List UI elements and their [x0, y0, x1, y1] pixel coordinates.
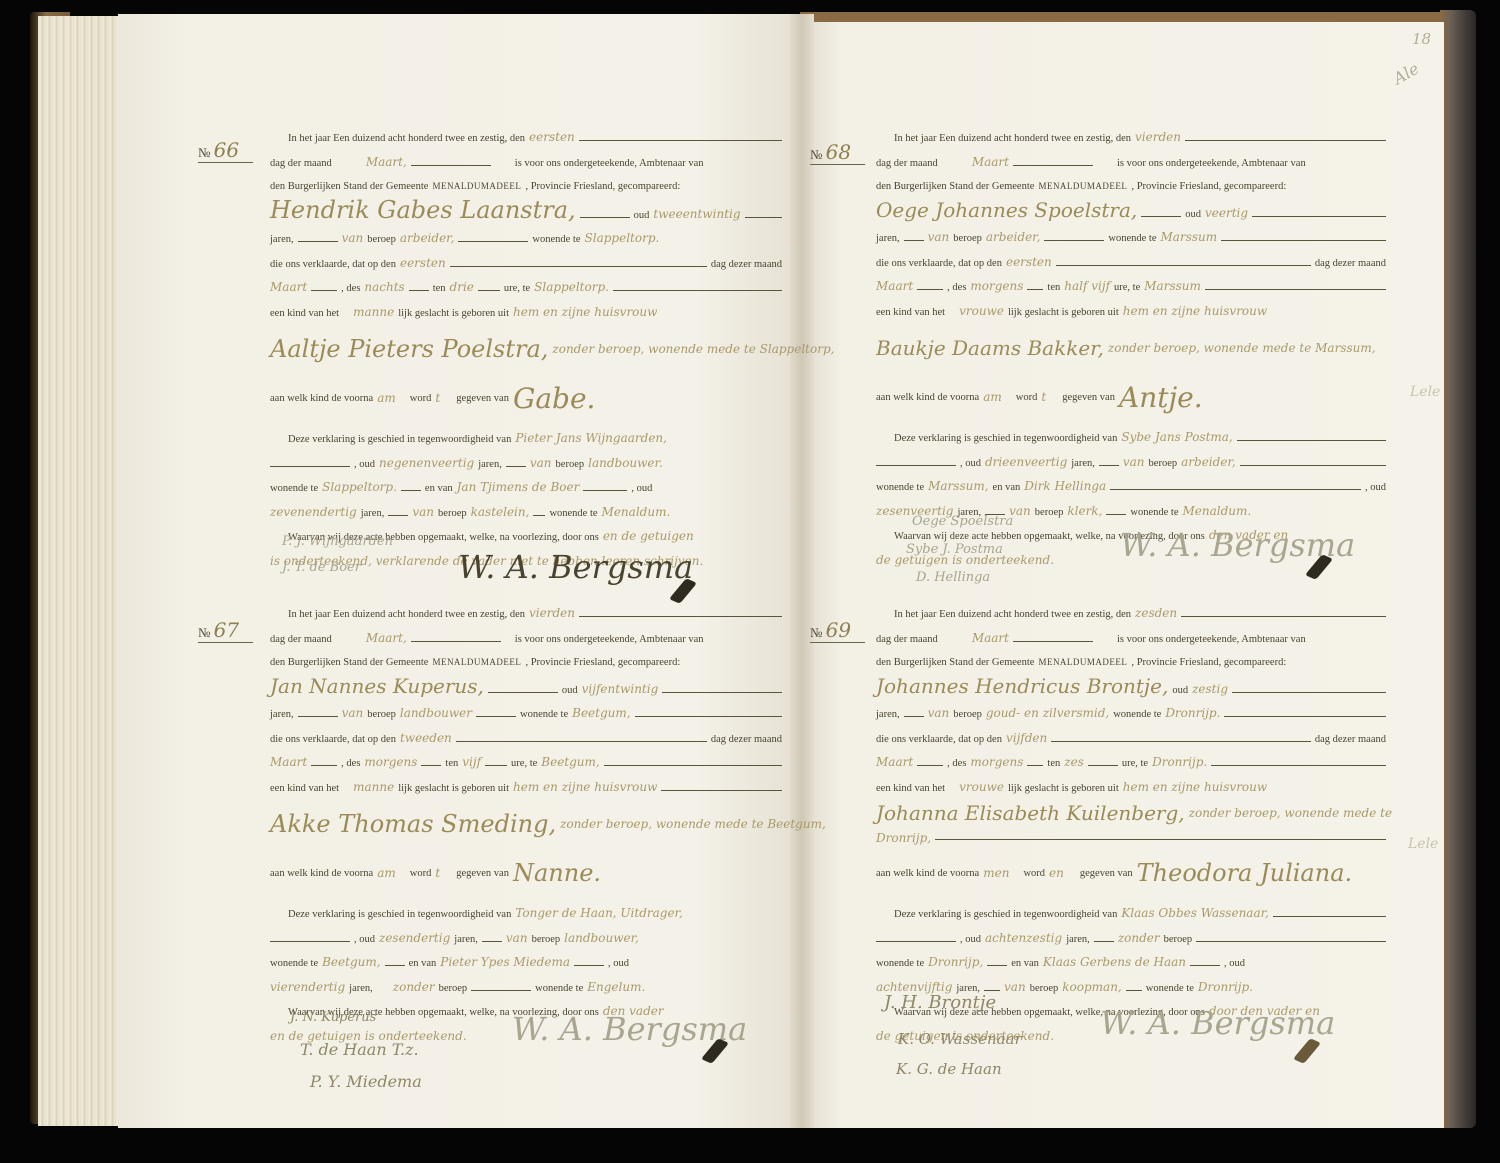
fill-line — [1110, 489, 1361, 490]
printed-text: wonende te — [1146, 977, 1194, 1001]
fill-line — [1205, 289, 1386, 290]
fill-line — [1232, 692, 1386, 693]
official-signature: W. A. Bergsma — [458, 548, 693, 586]
printed-text: wonende te — [270, 477, 318, 501]
printed-text: , des — [341, 277, 360, 301]
printed-text: In het jaar Een duizend acht honderd twe… — [894, 603, 1131, 627]
text-line: dag der maandMaart,is voor ons ondergete… — [270, 151, 782, 176]
text-line: In het jaar Een duizend acht honderd twe… — [876, 602, 1386, 627]
handwritten-entry: Dronrijp. — [1152, 751, 1207, 775]
fill-line — [904, 240, 924, 241]
fill-line — [1237, 440, 1386, 441]
printed-text: dag dezer maand — [1315, 252, 1386, 276]
act-number-66: № 66 — [198, 138, 253, 163]
handwritten-entry: negenenveertig — [379, 452, 474, 476]
printed-text: , Provincie Friesland, gecompareerd: — [1131, 175, 1286, 199]
text-line: den Burgerlijken Stand der GemeenteMENAL… — [876, 175, 1386, 199]
printed-text: , Provincie Friesland, gecompareerd: — [525, 175, 680, 199]
printed-text: ure, te — [1122, 752, 1148, 776]
handwritten-entry: Sybe Jans Postma, — [1121, 426, 1232, 450]
printed-text: lijk geslacht is geboren uit — [398, 302, 509, 326]
handwritten-entry: hem en zijne huisvrouw — [513, 301, 657, 325]
declarant-name: Johannes Hendricus Brontje, — [876, 675, 1168, 699]
printed-text: dag der maand — [876, 152, 938, 176]
fill-line — [987, 965, 1007, 966]
printed-text: en van — [409, 952, 437, 976]
handwritten-entry: Marssum, — [928, 475, 988, 499]
text-line: Oege Johannes Spoelstra,oudveertig — [876, 199, 1386, 227]
fill-line — [421, 765, 441, 766]
printed-text: beroep — [1164, 928, 1193, 952]
printed-text: , oud — [354, 453, 375, 477]
handwritten-entry: half vijf — [1064, 275, 1110, 299]
witness-signature: J. H. Brontje — [884, 992, 996, 1013]
handwritten-entry: zesden — [1135, 602, 1177, 626]
fill-line — [270, 941, 350, 942]
handwritten-entry: goud- en zilversmid, — [986, 702, 1109, 726]
fill-line — [613, 290, 782, 291]
fill-line — [604, 765, 782, 766]
handwritten-entry: van — [928, 226, 950, 250]
printed-text: jaren, — [876, 227, 900, 251]
act-number-69: № 69 — [810, 618, 865, 643]
text-line: wonende teBeetgum,en vanPieter Ypes Mied… — [270, 951, 782, 976]
printed-text: ten — [1047, 752, 1060, 776]
handwritten-entry: Maart — [972, 151, 1009, 175]
printed-text: beroep — [953, 227, 982, 251]
printed-text: is voor ons ondergeteekende, Ambtenaar v… — [1117, 152, 1306, 176]
printed-text: jaren, — [349, 977, 373, 1001]
text-line: Maart, desmorgenstenzesure, teDronrijp. — [876, 751, 1386, 776]
text-line: die ons verklaarde, dat op denvijfdendag… — [876, 727, 1386, 752]
fill-line — [476, 716, 516, 717]
handwritten-entry: arbeider, — [400, 227, 455, 251]
handwritten-entry: veertig — [1205, 202, 1248, 226]
printed-text: beroep — [439, 977, 468, 1001]
fill-line — [1027, 289, 1043, 290]
printed-text: gegeven van — [456, 387, 509, 411]
printed-text: ure, te — [504, 277, 530, 301]
fill-line — [401, 490, 421, 491]
printed-text: , des — [947, 276, 966, 300]
handwritten-entry: zonder — [1118, 927, 1160, 951]
printed-text: ure, te — [1114, 276, 1140, 300]
margin-note-68: Lele — [1410, 384, 1440, 400]
printed-text: Deze verklaring is geschied in tegenwoor… — [894, 427, 1117, 451]
fill-line — [458, 241, 528, 242]
handwritten-entry: am — [983, 386, 1002, 410]
fill-line — [311, 765, 337, 766]
fill-line — [298, 716, 338, 717]
printed-text: aan welk kind de voorna — [876, 862, 979, 886]
text-line: dag der maandMaartis voor ons ondergetee… — [876, 151, 1386, 176]
handwritten-entry: vierendertig — [270, 976, 345, 1000]
printed-text: ten — [433, 277, 446, 301]
handwritten-entry: klerk, — [1067, 500, 1102, 524]
handwritten-entry: t — [435, 862, 440, 886]
printed-text: jaren, — [1066, 928, 1090, 952]
text-line: Deze verklaring is geschied in tegenwoor… — [270, 427, 782, 452]
declarant-name: Oege Johannes Spoelstra, — [876, 199, 1137, 223]
text-line: jaren,vanberoeparbeider,wonende teSlappe… — [270, 227, 782, 252]
printed-text: beroep — [1149, 452, 1178, 476]
fill-line — [1013, 165, 1093, 166]
handwritten-entry: landbouwer. — [588, 452, 663, 476]
handwritten-entry: en de getuigen — [603, 525, 694, 549]
fill-line — [1224, 716, 1386, 717]
text-line: Dronrijp, — [876, 828, 1386, 850]
handwritten-entry: Jan Tjimens de Boer — [457, 476, 580, 500]
handwritten-entry: Klaas Gerbens de Haan — [1043, 951, 1186, 975]
printed-text: dag dezer maand — [1315, 728, 1386, 752]
printed-text: Deze verklaring is geschied in tegenwoor… — [288, 903, 511, 927]
handwritten-entry: Beetgum, — [572, 702, 630, 726]
handwritten-entry: manne — [353, 301, 394, 325]
fill-line — [1013, 641, 1093, 642]
printed-text: beroep — [438, 502, 467, 526]
printed-text: , oud — [608, 952, 629, 976]
fill-line — [409, 290, 429, 291]
handwritten-entry: van — [1004, 976, 1026, 1000]
fill-line — [1211, 765, 1386, 766]
fill-line — [1094, 941, 1114, 942]
fill-line — [984, 990, 1000, 991]
handwritten-entry: Klaas Obbes Wassenaar, — [1121, 902, 1269, 926]
text-line: Deze verklaring is geschied in tegenwoor… — [270, 902, 782, 927]
text-line: Maart, desmorgenstenvijfure, teBeetgum, — [270, 751, 782, 776]
handwritten-entry: zesendertig — [379, 927, 450, 951]
printed-text: wonende te — [1130, 501, 1178, 525]
printed-text: In het jaar Een duizend acht honderd twe… — [288, 127, 525, 151]
fill-line — [482, 941, 502, 942]
text-line: aan welk kind de voornaamwordtgegeven va… — [270, 375, 782, 423]
handwritten-entry: achtenzestig — [985, 927, 1062, 951]
text-line: Maart, desmorgenstenhalf vijfure, teMars… — [876, 275, 1386, 300]
fill-line — [574, 965, 604, 966]
text-line: een kind van hetmannelijk geslacht is ge… — [270, 301, 782, 326]
text-line: den Burgerlijken Stand der GemeenteMENAL… — [876, 651, 1386, 675]
handwritten-entry: Maart — [270, 751, 307, 775]
handwritten-entry: hem en zijne huisvrouw — [1123, 776, 1267, 800]
printed-text: jaren, — [270, 228, 294, 252]
handwritten-entry: Maart — [876, 751, 913, 775]
handwritten-entry: tweeden — [400, 727, 452, 751]
handwritten-entry: Slappeltorp. — [322, 476, 397, 500]
printed-text: den Burgerlijken Stand der Gemeente — [876, 651, 1034, 675]
text-line: Deze verklaring is geschied in tegenwoor… — [876, 426, 1386, 451]
handwritten-entry: van — [1123, 451, 1145, 475]
fill-line — [1106, 514, 1126, 515]
fill-line — [411, 641, 501, 642]
handwritten-entry: van — [342, 702, 364, 726]
fill-line — [1051, 741, 1311, 742]
text-line: Deze verklaring is geschied in tegenwoor… — [876, 902, 1386, 927]
printed-text: ten — [445, 752, 458, 776]
handwritten-entry: hem en zijne huisvrouw — [513, 776, 657, 800]
printed-text: lijk geslacht is geboren uit — [1008, 301, 1119, 325]
printed-text: wonende te — [270, 952, 318, 976]
printed-text: den Burgerlijken Stand der Gemeente — [270, 651, 428, 675]
fill-line — [270, 466, 350, 467]
fill-line — [1056, 265, 1311, 266]
child-name: Theodora Juliana. — [1137, 862, 1352, 886]
fill-line — [1027, 765, 1043, 766]
page-stack-edges — [38, 16, 128, 1126]
printed-text: beroep — [367, 228, 396, 252]
witness-signature: T. de Haan T.z. — [300, 1040, 419, 1059]
fill-line — [661, 790, 782, 791]
handwritten-entry: Engelum. — [587, 976, 645, 1000]
handwritten-entry: kastelein, — [471, 501, 530, 525]
handwritten-entry: vrouwe — [959, 776, 1004, 800]
handwritten-entry: men — [983, 862, 1009, 886]
printed-text: en van — [993, 476, 1021, 500]
text-line: aan welk kind de voornamenwordengegeven … — [876, 850, 1386, 898]
witness-signature: Oege Spoelstra — [912, 514, 1013, 529]
mother-name: Aaltje Pieters Poelstra, — [270, 338, 548, 362]
printed-text: den Burgerlijken Stand der Gemeente — [270, 175, 428, 199]
fill-line — [1088, 765, 1118, 766]
text-line: In het jaar Een duizend acht honderd twe… — [270, 126, 782, 151]
printed-text: beroep — [953, 703, 982, 727]
printed-text: beroep — [367, 703, 396, 727]
printed-text: aan welk kind de voorna — [876, 386, 979, 410]
mother-name: Johanna Elisabeth Kuilenberg, — [876, 802, 1185, 826]
handwritten-entry: morgens — [970, 275, 1023, 299]
fill-line — [1126, 990, 1142, 991]
fill-line — [1240, 465, 1386, 466]
printed-text: dag der maand — [876, 628, 938, 652]
handwritten-entry: am — [377, 387, 396, 411]
handwritten-entry: Maart — [270, 276, 307, 300]
handwritten-entry: arbeider, — [1181, 451, 1236, 475]
handwritten-entry: Pieter Ypes Miedema — [440, 951, 570, 975]
fill-line — [904, 716, 924, 717]
text-line: een kind van hetvrouwelijk geslacht is g… — [876, 300, 1386, 325]
printed-text: die ons verklaarde, dat op den — [270, 728, 396, 752]
fill-line — [662, 692, 782, 693]
handwritten-entry: t — [435, 387, 440, 411]
printed-text: een kind van het — [270, 302, 339, 326]
printed-text: is voor ons ondergeteekende, Ambtenaar v… — [1117, 628, 1306, 652]
birth-act-69: In het jaar Een duizend acht honderd twe… — [876, 602, 1386, 1048]
printed-text: aan welk kind de voorna — [270, 862, 373, 886]
declarant-name: Hendrik Gabes Laanstra, — [270, 199, 576, 223]
handwritten-entry: Beetgum, — [541, 751, 599, 775]
official-signature: W. A. Bergsma — [1100, 1004, 1335, 1042]
printed-text: , oud — [1365, 476, 1386, 500]
printed-text: en van — [425, 477, 453, 501]
printed-text: MENALDUMADEEL — [1038, 651, 1127, 675]
handwritten-entry: manne — [353, 776, 394, 800]
handwritten-entry: hem en zijne huisvrouw — [1123, 300, 1267, 324]
handwritten-entry: Slappeltorp. — [585, 227, 660, 251]
fill-line — [1181, 616, 1386, 617]
text-line: , oudachtenzestigjaren,zonderberoep — [876, 927, 1386, 952]
printed-text: oud — [634, 204, 650, 228]
child-name: Nanne. — [513, 862, 601, 886]
printed-text: In het jaar Een duizend acht honderd twe… — [894, 127, 1131, 151]
printed-text: jaren, — [876, 703, 900, 727]
printed-text: oud — [562, 679, 578, 703]
printed-text: den Burgerlijken Stand der Gemeente — [876, 175, 1034, 199]
printed-text: en van — [1011, 952, 1039, 976]
text-line: wonende teMarssum,en vanDirk Hellinga, o… — [876, 475, 1386, 500]
handwritten-entry: koopman, — [1062, 976, 1121, 1000]
printed-text: jaren, — [454, 928, 478, 952]
book-gutter — [790, 14, 814, 1128]
printed-text: oud — [1185, 203, 1201, 227]
printed-text: ten — [1047, 276, 1060, 300]
printed-text: , oud — [1224, 952, 1245, 976]
official-signature: W. A. Bergsma — [512, 1010, 747, 1048]
handwritten-entry: vijf — [462, 751, 481, 775]
text-line: Johanna Elisabeth Kuilenberg,zonder bero… — [876, 800, 1386, 828]
handwritten-entry: Dirk Hellinga — [1024, 475, 1106, 499]
fill-line — [471, 990, 531, 991]
fill-line — [1196, 941, 1386, 942]
text-line: dag der maandMaart,is voor ons ondergete… — [270, 627, 782, 652]
handwritten-entry: van — [530, 452, 552, 476]
handwritten-entry: vrouwe — [959, 300, 1004, 324]
printed-text: beroep — [1030, 977, 1059, 1001]
text-line: die ons verklaarde, dat op dentweedendag… — [270, 727, 782, 752]
printed-text: een kind van het — [270, 777, 339, 801]
text-line: die ons verklaarde, dat op deneerstendag… — [270, 252, 782, 277]
fill-line — [579, 616, 782, 617]
printed-text: Deze verklaring is geschied in tegenwoor… — [894, 903, 1117, 927]
handwritten-entry: Dronrijp. — [1165, 702, 1220, 726]
handwritten-entry: drieenveertig — [985, 451, 1067, 475]
text-line: jaren,vanberoepgoud- en zilversmid,wonen… — [876, 702, 1386, 727]
text-line: , oudzesendertigjaren,vanberoeplandbouwe… — [270, 927, 782, 952]
fill-line — [298, 241, 338, 242]
handwritten-entry: eersten — [1006, 251, 1052, 275]
act-day: eersten — [529, 126, 575, 150]
handwritten-entry: vijfden — [1006, 727, 1047, 751]
printed-text: gegeven van — [456, 862, 509, 886]
handwritten-entry: zonder beroep, wonende mede te — [1189, 802, 1392, 826]
text-line: aan welk kind de voornaamwordtgegeven va… — [270, 850, 782, 898]
declarant-name: Jan Nannes Kuperus, — [270, 675, 484, 699]
printed-text: dag der maand — [270, 152, 332, 176]
handwritten-entry: zonder beroep, wonende mede te Slappelto… — [552, 338, 834, 362]
handwritten-entry: morgens — [364, 751, 417, 775]
fill-line — [385, 965, 405, 966]
fill-line — [1273, 916, 1386, 917]
printed-text: In het jaar Een duizend acht honderd twe… — [288, 603, 525, 627]
handwritten-entry: zes — [1064, 751, 1084, 775]
fill-line — [1252, 216, 1386, 217]
printed-text: is voor ons ondergeteekende, Ambtenaar v… — [515, 628, 704, 652]
handwritten-entry: zonder beroep, wonende mede te Beetgum, — [560, 813, 826, 837]
handwritten-entry: eersten — [400, 252, 446, 276]
handwritten-entry: van — [928, 702, 950, 726]
fill-line — [580, 217, 630, 218]
printed-text: wonende te — [1108, 227, 1156, 251]
text-line: wonende teSlappeltorp.en vanJan Tjimens … — [270, 476, 782, 501]
printed-text: lijk geslacht is geboren uit — [1008, 777, 1119, 801]
printed-text: wonende te — [535, 977, 583, 1001]
fill-line — [876, 465, 956, 466]
handwritten-entry: Dronrijp, — [876, 827, 931, 851]
printed-text: dag dezer maand — [711, 728, 782, 752]
fill-line — [917, 765, 943, 766]
fill-line — [1141, 216, 1181, 217]
birth-act-67: In het jaar Een duizend acht honderd twe… — [270, 602, 782, 1048]
printed-text: wonende te — [876, 952, 924, 976]
printed-text: MENALDUMADEEL — [1038, 175, 1127, 199]
text-line: In het jaar Een duizend acht honderd twe… — [876, 126, 1386, 151]
fill-line — [579, 140, 782, 141]
handwritten-entry: Marssum — [1161, 226, 1218, 250]
fill-line — [456, 741, 707, 742]
handwritten-entry: nachts — [364, 276, 404, 300]
printed-text: beroep — [1035, 501, 1064, 525]
text-line: jaren,vanberoeparbeider,wonende teMarssu… — [876, 226, 1386, 251]
text-line: Johannes Hendricus Brontje,oudzestig — [876, 675, 1386, 703]
act-number-67: № 67 — [198, 618, 253, 643]
handwritten-entry: Maart — [876, 275, 913, 299]
witness-signature: D. Hellinga — [916, 570, 990, 585]
printed-text: is voor ons ondergeteekende, Ambtenaar v… — [515, 152, 704, 176]
printed-text: die ons verklaarde, dat op den — [876, 728, 1002, 752]
child-name: Gabe. — [513, 387, 595, 411]
birth-act-66: In het jaar Een duizend acht honderd twe… — [270, 126, 782, 573]
fill-line — [635, 716, 782, 717]
text-line: In het jaar Een duizend acht honderd twe… — [270, 602, 782, 627]
printed-text: jaren, — [270, 703, 294, 727]
printed-text: , des — [341, 752, 360, 776]
handwritten-entry: arbeider, — [986, 226, 1041, 250]
printed-text: wonende te — [532, 228, 580, 252]
handwritten-entry: Menaldum. — [1183, 500, 1252, 524]
text-line: den Burgerlijken Stand der GemeenteMENAL… — [270, 651, 782, 675]
handwritten-entry: en — [1049, 862, 1064, 886]
printed-text: word — [410, 862, 432, 886]
witness-signature: K. O. Wassenaar — [898, 1030, 1022, 1048]
printed-text: , des — [947, 752, 966, 776]
printed-text: jaren, — [478, 453, 502, 477]
handwritten-entry: t — [1041, 386, 1046, 410]
printed-text: aan welk kind de voorna — [270, 387, 373, 411]
handwritten-entry: van — [412, 501, 434, 525]
fill-line — [876, 941, 956, 942]
handwritten-entry: zonder — [393, 976, 435, 1000]
text-line: wonende teDronrijp,en vanKlaas Gerbens d… — [876, 951, 1386, 976]
fill-line — [411, 165, 491, 166]
printed-text: jaren, — [361, 502, 385, 526]
text-line: jaren,vanberoeplandbouwerwonende teBeetg… — [270, 702, 782, 727]
printed-text: , oud — [631, 477, 652, 501]
witness-signature: J. N. Kuperus — [290, 1010, 376, 1025]
text-line: Akke Thomas Smeding,zonder beroep, wonen… — [270, 800, 782, 850]
handwritten-entry: Marssum — [1144, 275, 1201, 299]
handwritten-entry: Tonger de Haan, Uitdrager, — [515, 902, 682, 926]
handwritten-entry: Menaldum. — [602, 501, 671, 525]
handwritten-entry: am — [377, 862, 396, 886]
fill-line — [1221, 240, 1386, 241]
printed-text: lijk geslacht is geboren uit — [398, 777, 509, 801]
text-line: Aaltje Pieters Poelstra,zonder beroep, w… — [270, 325, 782, 375]
text-line: Jan Nannes Kuperus,oudvijfentwintig — [270, 675, 782, 703]
fill-line — [745, 217, 782, 218]
fill-line — [583, 490, 627, 491]
printed-text: , oud — [354, 928, 375, 952]
text-line: die ons verklaarde, dat op deneerstendag… — [876, 251, 1386, 276]
printed-text: jaren, — [1071, 452, 1095, 476]
fill-line — [506, 466, 526, 467]
